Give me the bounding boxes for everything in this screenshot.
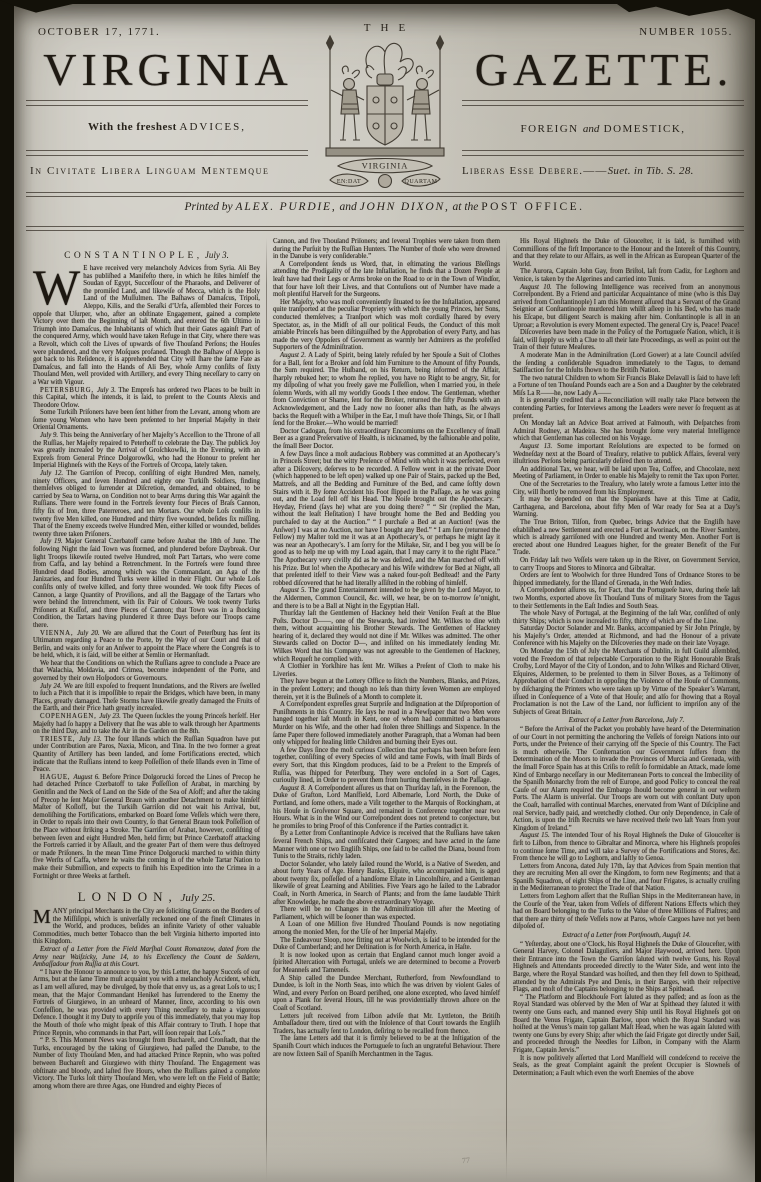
dateline-date: August 15. — [520, 832, 552, 839]
news-paragraph: “ Before the Arrival of the Packet you p… — [513, 726, 740, 832]
news-paragraph: “ I have the Honour to announce to you, … — [33, 969, 260, 1037]
dateline-date: July 19. — [40, 538, 65, 545]
dateline-date: July 24. — [40, 683, 64, 690]
drop-cap: W — [33, 265, 83, 308]
rule — [26, 100, 308, 101]
news-paragraph: Doctor Cadogan, from his extraordinary E… — [273, 428, 500, 451]
issue-number: NUMBER 1055. — [639, 26, 733, 38]
rule — [26, 230, 744, 231]
news-paragraph: “ P. S. This Moment News was brought fro… — [33, 1037, 260, 1090]
dateline-placename: HAGUE, — [40, 774, 73, 781]
letter-extract-caption: Extract of a Letter from the Field Marſh… — [33, 946, 260, 969]
news-paragraph: On Monday laſt an Advice Boat arrived at… — [513, 420, 740, 443]
news-paragraph: August 15. The intended Tour of his Roya… — [513, 832, 740, 862]
news-paragraph: An additional Tax, we hear, will be laid… — [513, 466, 740, 481]
news-paragraph: A few Days ſince the moſt curious Collec… — [273, 747, 500, 785]
news-paragraph: Thurſday laſt the Gentlemen of Hackney h… — [273, 610, 500, 663]
news-paragraph: Orders are ſent to Woolwich for three Hu… — [513, 572, 740, 587]
rule — [26, 150, 308, 151]
news-paragraph: On Friday laſt two Veſſels were taken up… — [513, 557, 740, 572]
heading-placename: LONDON, — [78, 889, 178, 904]
latin-motto-left: In Civitate Libera Linguam Mentemque — [30, 165, 320, 177]
dateline-date: August 2. — [280, 352, 308, 359]
news-paragraph: PETERSBURG, July 3. The Empreſs has orde… — [33, 387, 260, 410]
news-paragraph: The True Briton, Tilſon, from Quebec, br… — [513, 519, 740, 557]
column-rule — [506, 238, 507, 1182]
news-paragraph: It is now looked upon as certain that En… — [273, 952, 500, 975]
imprint-and: and — [339, 201, 356, 213]
news-paragraph: MANY principal Merchants in the City are… — [33, 908, 260, 946]
newspaper-page: OCTOBER 17, 1771. THE NUMBER 1055. VIRGI… — [14, 4, 755, 1182]
printer-name-purdie: ALEX. PURDIE, — [236, 201, 337, 213]
dateline-date: August 5. — [280, 587, 308, 594]
news-paragraph: Letters from Leghorn aſſert that the Ruſ… — [513, 893, 740, 931]
virginia-coat-of-arms-emblem: VIRGINIA EN:DAT QUARTAM — [310, 34, 460, 194]
news-paragraph: Doctor Solander, who lately ſailed round… — [273, 861, 500, 907]
news-paragraph: August 8. A Correſpondent aſſures us tha… — [273, 785, 500, 831]
crest-motto-left: EN:DAT — [337, 179, 361, 185]
dateline-date: August 6. — [73, 774, 102, 781]
dateline-placename: PETERSBURG, — [40, 387, 97, 394]
letter-extract-caption: Extract of a Letter from Barcelona, July… — [513, 717, 740, 725]
news-paragraph: July 19. Major General Czerbatoff came b… — [33, 538, 260, 629]
motto-dash: —— — [583, 165, 607, 177]
news-paragraph: The two natural Children to whom Sir Fra… — [513, 375, 740, 398]
news-paragraph: One of the Secretaries to the Treaſury, … — [513, 481, 740, 496]
post-office-label: POST OFFICE. — [481, 201, 584, 213]
foreign-domestick-tagline: FOREIGN and DOMESTICK, — [462, 123, 744, 135]
news-paragraph: Her Majeſty, who was moſt conveniently ſ… — [273, 299, 500, 352]
news-paragraph: The Aurora, Captain John Gay, from Briſt… — [513, 268, 740, 283]
foreign-label: FOREIGN — [520, 123, 578, 135]
dateline-date: August 8. — [280, 785, 308, 792]
dateline-placename: TRIESTE, — [40, 736, 79, 743]
advices-blackletter: With the freshest — [88, 121, 177, 133]
news-paragraph: His Royal Highneſs the Duke of Glouceſte… — [513, 238, 740, 268]
news-paragraph: They have begun at the Lottery Office to… — [273, 678, 500, 701]
news-paragraph: August 5. The grand Entertainment intend… — [273, 587, 500, 610]
news-paragraph: August 10. The following Intelligence wa… — [513, 284, 740, 330]
letter-extract-caption: Extract of a Letter from Portſmouth, Aug… — [513, 932, 740, 940]
domestick-label: DOMESTICK, — [604, 123, 686, 135]
news-paragraph: “ Yeſterday, about one o’Clock, his Roya… — [513, 941, 740, 994]
news-paragraph: It may be depended on that the Spaniards… — [513, 496, 740, 519]
news-paragraph: July 24. We are ſtill expoſed to frequen… — [33, 683, 260, 713]
scanned-newspaper: { "masthead": { "date": "OCTOBER 17, 177… — [0, 0, 761, 1182]
news-paragraph: A Clothier in Yorkſhire has ſent Mr. Wil… — [273, 663, 500, 678]
column-rule — [266, 238, 267, 1182]
news-paragraph: It is now poſitively aſſerted that Lord … — [513, 1055, 740, 1078]
news-paragraph: VIENNA, July 20. We are aſſured that the… — [33, 630, 260, 660]
news-column-1: CONSTANTINOPLE, July 3.WE have received … — [30, 238, 263, 1182]
motto-text: Liberas Esse Debere. — [462, 165, 583, 177]
printer-name-dixon: JOHN DIXON, — [360, 201, 450, 213]
news-paragraph: COPENHAGEN, July 23. The Queen ſuckles t… — [33, 713, 260, 736]
masthead: OCTOBER 17, 1771. THE NUMBER 1055. VIRGI… — [14, 4, 755, 238]
and-word: and — [583, 123, 600, 135]
news-paragraph: A moderate Man in the Adminiſtration (Lo… — [513, 352, 740, 375]
masthead-title-gazette: GAZETTE. — [456, 46, 752, 94]
news-paragraph: August 2. A Lady of Spirit, being lately… — [273, 352, 500, 428]
dateline-date: July 13. — [79, 736, 105, 743]
masthead-title-virginia: VIRGINIA — [22, 46, 314, 94]
crest-motto-right: QUARTAM — [405, 179, 438, 185]
section-heading: CONSTANTINOPLE, July 3. — [33, 245, 260, 263]
news-paragraph: July 12. The Garriſon of Precop, conſiſt… — [33, 470, 260, 538]
dateline-date: August 13. — [520, 443, 557, 450]
news-column-2: Cannon, and five Thouſand Priſoners; and… — [270, 238, 503, 1182]
drop-cap: M — [33, 908, 53, 925]
heading-date: July 25. — [178, 892, 216, 904]
page-signature-mark: 77 — [462, 1156, 471, 1166]
news-paragraph: We hear that the Conditions on which the… — [33, 660, 260, 683]
advices-caps: ADVICES, — [180, 121, 246, 133]
news-columns: CONSTANTINOPLE, July 3.WE have received … — [30, 238, 743, 1182]
heading-date: July 3. — [203, 250, 229, 260]
news-paragraph: August 13. Some important Reſolutions ar… — [513, 443, 740, 466]
dateline-date: July 3. — [97, 387, 118, 394]
news-paragraph: By a Letter from Conſtantinople Advice i… — [273, 830, 500, 860]
news-paragraph: A Correſpondent aſſures us, for Fact, th… — [513, 587, 740, 610]
rule — [26, 192, 744, 193]
rule — [26, 155, 308, 156]
news-paragraph: A Correſpondent expreſſes great Surpriſe… — [273, 701, 500, 747]
rule — [26, 226, 744, 227]
rule — [26, 196, 744, 197]
motto-citation: Suet. in Tib. S. 28. — [608, 165, 694, 177]
news-paragraph: It is generally credited that a Reconcil… — [513, 397, 740, 420]
dateline-placename: COPENHAGEN, — [40, 713, 99, 720]
news-paragraph: HAGUE, August 6. Before Prince Dolgoruck… — [33, 774, 260, 880]
rule — [26, 105, 308, 106]
news-paragraph: Saturday Doctor Solander and Mr. Banks, … — [513, 625, 740, 648]
news-paragraph: Some Turkiſh Priſoners have been ſent hi… — [33, 409, 260, 432]
dateline-date: July 20. — [77, 630, 102, 637]
heading-placename: CONSTANTINOPLE, — [64, 251, 203, 261]
news-paragraph: “ The Platform and Blockhouſe Fort ſalut… — [513, 994, 740, 1055]
imprint-prefix: Printed by — [184, 201, 232, 213]
news-paragraph: The ſame Letters add that it is firmly b… — [273, 1035, 500, 1058]
news-paragraph: The whole Navy of Portugal, at the Begin… — [513, 610, 740, 625]
dateline-date: August 10. — [520, 284, 556, 291]
news-paragraph: Diſcoveries have been made in the Policy… — [513, 329, 740, 352]
news-paragraph: The Endeavour Sloop, now fitting out at … — [273, 937, 500, 952]
news-paragraph: A Loan of one Million five Hundred Thouſ… — [273, 921, 500, 936]
crest-ribbon-text: VIRGINIA — [362, 161, 409, 171]
section-heading: LONDON, July 25. — [33, 888, 260, 906]
dateline-placename: VIENNA, — [40, 630, 77, 637]
news-paragraph: July 9. This being the Anniverſary of he… — [33, 432, 260, 470]
rule — [462, 155, 744, 156]
news-paragraph: TRIESTE, July 13. The four Iſlands which… — [33, 736, 260, 774]
rule — [462, 150, 744, 151]
news-paragraph: WE have received very melancholy Advices… — [33, 265, 260, 387]
dateline-date: July 9. — [40, 432, 60, 439]
latin-motto-right: Liberas Esse Debere.——Suet. in Tib. S. 2… — [462, 165, 750, 177]
news-paragraph: A Ship called the Dundee Merchant, Ruthe… — [273, 975, 500, 1013]
news-paragraph: A Correſpondent ſends us Word, that, in … — [273, 261, 500, 299]
rule — [462, 100, 744, 101]
advices-tagline: With the freshest ADVICES, — [26, 121, 308, 133]
news-paragraph: On Monday the 15th of July the Merchants… — [513, 648, 740, 716]
dateline-date: July 23. — [99, 713, 123, 720]
imprint-at: at the — [453, 201, 479, 213]
news-paragraph: A few Days ſince a moſt audacious Robber… — [273, 451, 500, 588]
news-paragraph: Letters from Ancona, dated July 17th, ſa… — [513, 863, 740, 893]
news-paragraph: There will be no Changes in the Adminiſt… — [273, 906, 500, 921]
printer-imprint: Printed by ALEX. PURDIE, and JOHN DIXON,… — [14, 201, 755, 213]
dateline-date: July 12. — [40, 470, 66, 477]
news-column-3: His Royal Highneſs the Duke of Glouceſte… — [510, 238, 743, 1182]
rule — [462, 105, 744, 106]
news-paragraph: Cannon, and five Thouſand Priſoners; and… — [273, 238, 500, 261]
news-paragraph: Letters juſt received from Liſbon adviſe… — [273, 1013, 500, 1036]
